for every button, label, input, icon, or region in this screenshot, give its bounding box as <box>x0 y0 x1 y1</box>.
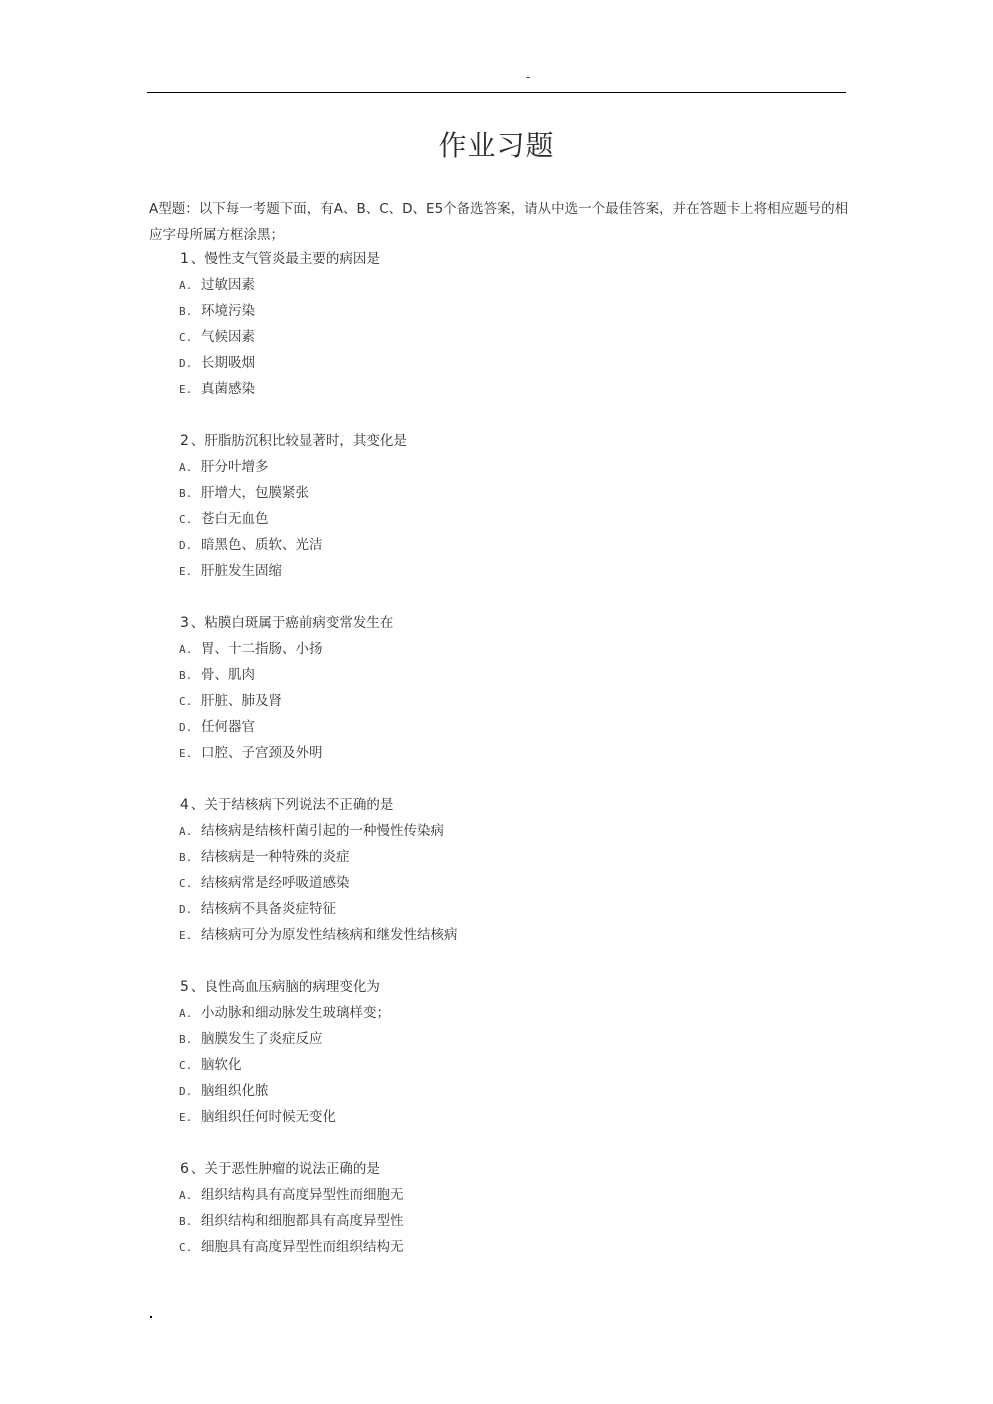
option-letter: B. <box>179 1209 201 1235</box>
question-separator: 、 <box>191 797 205 813</box>
option-letter: D. <box>179 533 201 559</box>
page-header-mark: - <box>524 72 532 82</box>
question-5: 5、良性高血压病脑的病理变化为 A.小动脉和细动脉发生玻璃样变； B.脑膜发生了… <box>0 974 993 1130</box>
question-separator: 、 <box>191 433 205 449</box>
option-text: 气候因素 <box>201 329 255 345</box>
question-text: 良性高血压病脑的病理变化为 <box>204 979 380 995</box>
question-1: 1、慢性支气管炎最主要的病因是 A.过敏因素 B.环境污染 C.气候因素 D.长… <box>0 246 993 402</box>
option-e: E.脑组织任何时候无变化 <box>0 1104 993 1130</box>
option-letter: B. <box>179 481 201 507</box>
option-text: 脑组织任何时候无变化 <box>201 1109 336 1125</box>
question-number: 6 <box>180 1156 189 1182</box>
option-letter: E. <box>179 1105 201 1131</box>
option-text: 脑软化 <box>201 1057 242 1073</box>
option-letter: A. <box>179 273 201 299</box>
page-title: 作业习题 <box>0 124 993 168</box>
question-separator: 、 <box>191 979 205 995</box>
question-separator: 、 <box>191 251 205 267</box>
question-stem: 4、关于结核病下列说法不正确的是 <box>0 792 993 818</box>
option-letter: B. <box>179 845 201 871</box>
question-number: 3 <box>180 610 189 636</box>
option-letter: C. <box>179 689 201 715</box>
option-b: B.组织结构和细胞都具有高度异型性 <box>0 1208 993 1234</box>
option-text: 结核病可分为原发性结核病和继发性结核病 <box>201 927 458 943</box>
option-text: 脑膜发生了炎症反应 <box>201 1031 323 1047</box>
option-text: 肝分叶增多 <box>201 459 269 475</box>
option-letter: A. <box>179 819 201 845</box>
question-text: 粘膜白斑属于癌前病变常发生在 <box>204 615 393 631</box>
option-text: 苍白无血色 <box>201 511 269 527</box>
question-number: 4 <box>180 792 189 818</box>
question-3: 3、粘膜白斑属于癌前病变常发生在 A.胃、十二指肠、小扬 B.骨、肌肉 C.肝脏… <box>0 610 993 766</box>
option-b: B.肝增大，包膜紧张 <box>0 480 993 506</box>
option-letter: A. <box>179 637 201 663</box>
question-number: 5 <box>180 974 189 1000</box>
question-stem: 1、慢性支气管炎最主要的病因是 <box>0 246 993 272</box>
option-text: 肝脏发生固缩 <box>201 563 282 579</box>
header-divider <box>147 92 846 93</box>
question-text: 慢性支气管炎最主要的病因是 <box>204 251 380 267</box>
question-number: 1 <box>180 246 189 272</box>
option-text: 环境污染 <box>201 303 255 319</box>
option-c: C.气候因素 <box>0 324 993 350</box>
option-text: 暗黑色、质软、光洁 <box>201 537 323 553</box>
option-d: D.暗黑色、质软、光洁 <box>0 532 993 558</box>
option-a: A.小动脉和细动脉发生玻璃样变； <box>0 1000 993 1026</box>
option-text: 骨、肌肉 <box>201 667 255 683</box>
option-letter: C. <box>179 325 201 351</box>
question-stem: 2、肝脂肪沉积比较显著时，其变化是 <box>0 428 993 454</box>
option-a: A.胃、十二指肠、小扬 <box>0 636 993 662</box>
option-e: E.口腔、子宫颈及外明 <box>0 740 993 766</box>
question-text: 关于结核病下列说法不正确的是 <box>204 797 393 813</box>
option-letter: D. <box>179 897 201 923</box>
option-c: C.肝脏、肺及肾 <box>0 688 993 714</box>
option-b: B.脑膜发生了炎症反应 <box>0 1026 993 1052</box>
option-b: B.环境污染 <box>0 298 993 324</box>
option-text: 结核病常是经呼吸道感染 <box>201 875 350 891</box>
option-d: D.长期吸烟 <box>0 350 993 376</box>
option-letter: D. <box>179 351 201 377</box>
option-letter: B. <box>179 299 201 325</box>
option-c: C.脑软化 <box>0 1052 993 1078</box>
option-c: C.苍白无血色 <box>0 506 993 532</box>
option-e: E.结核病可分为原发性结核病和继发性结核病 <box>0 922 993 948</box>
question-4: 4、关于结核病下列说法不正确的是 A.结核病是结核杆菌引起的一种慢性传染病 B.… <box>0 792 993 948</box>
option-text: 组织结构具有高度异型性而细胞无 <box>201 1187 404 1203</box>
question-stem: 5、良性高血压病脑的病理变化为 <box>0 974 993 1000</box>
option-letter: C. <box>179 1053 201 1079</box>
option-letter: E. <box>179 923 201 949</box>
option-text: 肝增大，包膜紧张 <box>201 485 309 501</box>
option-b: B.骨、肌肉 <box>0 662 993 688</box>
option-letter: C. <box>179 1235 201 1261</box>
option-letter: D. <box>179 715 201 741</box>
question-separator: 、 <box>191 615 205 631</box>
question-2: 2、肝脂肪沉积比较显著时，其变化是 A.肝分叶增多 B.肝增大，包膜紧张 C.苍… <box>0 428 993 584</box>
option-e: E.肝脏发生固缩 <box>0 558 993 584</box>
page-footer-mark <box>150 1316 152 1318</box>
option-text: 细胞具有高度异型性而组织结构无 <box>201 1239 404 1255</box>
option-text: 小动脉和细动脉发生玻璃样变； <box>201 1005 390 1021</box>
option-letter: A. <box>179 455 201 481</box>
section-instructions: A型题：以下每一考题下面，有A、B、C、D、E5个备选答案，请从中选一个最佳答案… <box>149 196 849 248</box>
option-letter: E. <box>179 741 201 767</box>
option-letter: C. <box>179 871 201 897</box>
option-letter: A. <box>179 1183 201 1209</box>
option-a: A.结核病是结核杆菌引起的一种慢性传染病 <box>0 818 993 844</box>
option-text: 结核病不具备炎症特征 <box>201 901 336 917</box>
option-letter: B. <box>179 1027 201 1053</box>
option-letter: B. <box>179 663 201 689</box>
option-d: D.任何器官 <box>0 714 993 740</box>
option-text: 长期吸烟 <box>201 355 255 371</box>
option-text: 结核病是结核杆菌引起的一种慢性传染病 <box>201 823 444 839</box>
option-a: A.过敏因素 <box>0 272 993 298</box>
option-e: E.真菌感染 <box>0 376 993 402</box>
option-text: 结核病是一种特殊的炎症 <box>201 849 350 865</box>
option-letter: D. <box>179 1079 201 1105</box>
option-c: C.结核病常是经呼吸道感染 <box>0 870 993 896</box>
question-6: 6、关于恶性肿瘤的说法正确的是 A.组织结构具有高度异型性而细胞无 B.组织结构… <box>0 1156 993 1260</box>
question-text: 肝脂肪沉积比较显著时，其变化是 <box>204 433 407 449</box>
option-d: D.结核病不具备炎症特征 <box>0 896 993 922</box>
question-stem: 6、关于恶性肿瘤的说法正确的是 <box>0 1156 993 1182</box>
option-letter: A. <box>179 1001 201 1027</box>
option-text: 肝脏、肺及肾 <box>201 693 282 709</box>
option-text: 过敏因素 <box>201 277 255 293</box>
option-text: 脑组织化脓 <box>201 1083 269 1099</box>
option-d: D.脑组织化脓 <box>0 1078 993 1104</box>
option-c: C.细胞具有高度异型性而组织结构无 <box>0 1234 993 1260</box>
option-text: 任何器官 <box>201 719 255 735</box>
question-number: 2 <box>180 428 189 454</box>
question-text: 关于恶性肿瘤的说法正确的是 <box>204 1161 380 1177</box>
question-separator: 、 <box>191 1161 205 1177</box>
option-text: 真菌感染 <box>201 381 255 397</box>
option-text: 胃、十二指肠、小扬 <box>201 641 323 657</box>
question-stem: 3、粘膜白斑属于癌前病变常发生在 <box>0 610 993 636</box>
option-text: 组织结构和细胞都具有高度异型性 <box>201 1213 404 1229</box>
option-letter: E. <box>179 559 201 585</box>
option-letter: C. <box>179 507 201 533</box>
question-list: 1、慢性支气管炎最主要的病因是 A.过敏因素 B.环境污染 C.气候因素 D.长… <box>0 246 993 1286</box>
option-letter: E. <box>179 377 201 403</box>
option-a: A.肝分叶增多 <box>0 454 993 480</box>
option-b: B.结核病是一种特殊的炎症 <box>0 844 993 870</box>
option-a: A.组织结构具有高度异型性而细胞无 <box>0 1182 993 1208</box>
option-text: 口腔、子宫颈及外明 <box>201 745 323 761</box>
